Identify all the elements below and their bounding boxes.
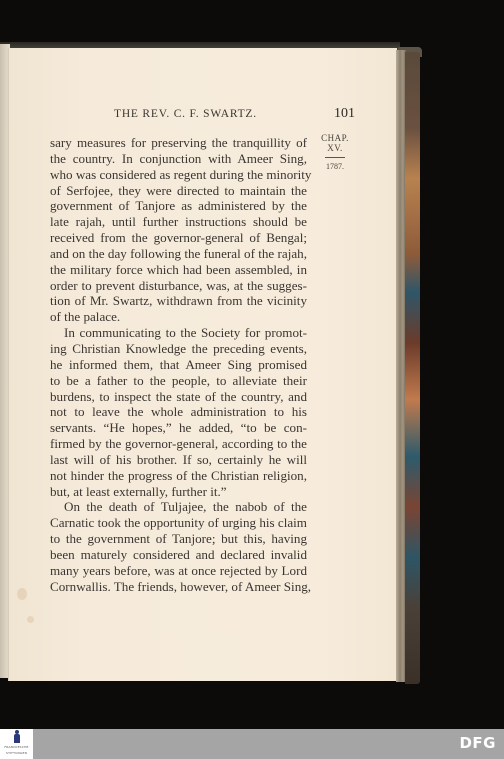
franckesche-stiftungen-logo[interactable]: FRANCKESCHE STIFTUNGEN (0, 729, 33, 759)
text-line: the military force which had been assemb… (50, 262, 307, 278)
text-line: firmed by the governor-general, accordin… (50, 436, 307, 452)
text-line: of Serfojee, they were directed to maint… (50, 183, 307, 199)
orphan-figure-icon (14, 734, 20, 743)
text-line: received from the governor-general of Be… (50, 230, 307, 246)
text-line: In communicating to the Society for prom… (50, 325, 307, 341)
text-line: but, at least externally, further it.” (50, 484, 307, 500)
text-line: to the government of Tanjore; but this, … (50, 531, 307, 547)
body-text: sary measures for preserving the tranqui… (50, 135, 307, 594)
text-line: and on the day following the funeral of … (50, 246, 307, 262)
text-line: who was considered as regent during the … (50, 167, 307, 183)
text-line: On the death of Tuljajee, the nabob of t… (50, 499, 307, 515)
margin-year: 1787. (320, 162, 350, 171)
text-line: he informed them, that Ameer Sing promis… (50, 357, 307, 373)
text-line: ing Christian Knowledge the preceding ev… (50, 341, 307, 357)
paper-stain (27, 616, 34, 623)
text-line: late rajah, until further instructions s… (50, 214, 307, 230)
text-line: been maturely considered and declared in… (50, 547, 307, 563)
scanned-book-image: THE REV. C. F. SWARTZ. 101 CHAP. XV. 178… (0, 0, 504, 729)
text-line: Cornwallis. The friends, however, of Ame… (50, 579, 307, 595)
text-line: order to prevent disturbance, was, at th… (50, 278, 307, 294)
text-line: not to leave the whole administration to… (50, 404, 307, 420)
paper-stain (17, 588, 27, 600)
text-line: government of Tanjore as administered by… (50, 198, 307, 214)
text-line: sary measures for preserving the tranqui… (50, 135, 307, 151)
text-line: many years before, was at once rejected … (50, 563, 307, 579)
footer-bar (0, 729, 504, 759)
margin-rule (325, 157, 345, 158)
text-line: tion of Mr. Swartz, withdrawn from the v… (50, 293, 307, 309)
text-line: Carnatic took the opportunity of urging … (50, 515, 307, 531)
text-line: of the palace. (50, 309, 307, 325)
text-line: last will of his brother. If so, certain… (50, 452, 307, 468)
logo-text-line-2: STIFTUNGEN (6, 751, 27, 755)
chapter-number: XV. (320, 143, 350, 153)
text-line: not hinder the progress of the Christian… (50, 468, 307, 484)
dfg-logo[interactable]: DFG (459, 734, 496, 752)
margin-note: CHAP. XV. 1787. (320, 133, 350, 171)
chapter-label: CHAP. (320, 133, 350, 143)
logo-text-line-1: FRANCKESCHE (4, 745, 28, 749)
text-line: servants. “He hopes,” he added, “to be c… (50, 420, 307, 436)
page-number: 101 (334, 106, 355, 122)
text-line: to be a father to the people, to allevia… (50, 373, 307, 389)
text-line: the country. In conjunction with Ameer S… (50, 151, 307, 167)
text-line: burdens, to inspect the state of the cou… (50, 389, 307, 405)
running-head: THE REV. C. F. SWARTZ. (114, 108, 257, 120)
marbled-cover-edge (405, 52, 420, 684)
